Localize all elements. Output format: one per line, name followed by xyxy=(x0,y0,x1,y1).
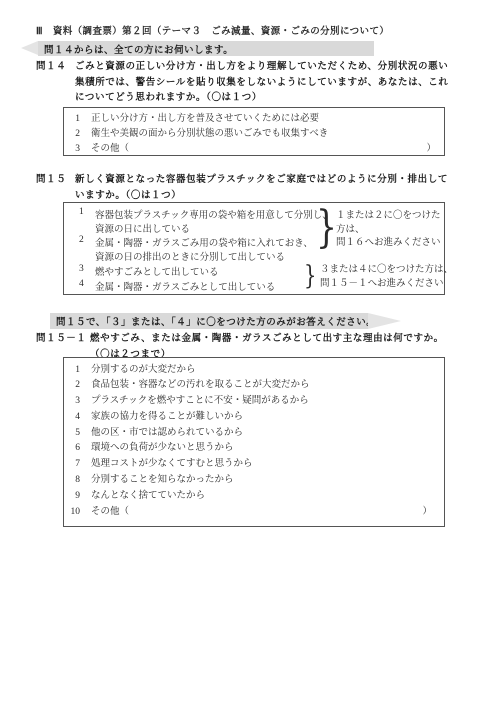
q15-option-box: 1 容器包装プラスチック専用の袋や箱を用意して分別し、 資源の日に出している 2… xyxy=(63,202,445,295)
routing-note-2-line1: ３または４に〇をつけた方は、 xyxy=(320,264,453,278)
option-text: その他（ xyxy=(91,505,129,521)
q15-option-3: 燃やすごみとして出している xyxy=(95,264,219,278)
question-q15: 問１５ 新しく資源となった容器包装プラスチックをご家庭ではどのように分別・排出し… xyxy=(36,172,448,203)
option-text: その他（ xyxy=(91,142,129,157)
q15-1-option-2: 2 食品包装・容器などの汚れを取ることが大変だから xyxy=(64,378,444,394)
option-number: 4 xyxy=(79,279,84,289)
option-text: 正しい分け方・出し方を普及させていくためには必要 xyxy=(91,112,319,127)
q14-option-3-other: 3 その他（ ） xyxy=(64,142,444,157)
option-number: 3 xyxy=(64,142,80,157)
routing-note-1-line2: 方は、 xyxy=(336,224,441,238)
option-number: 9 xyxy=(64,489,80,505)
option-text: なんとなく捨てていたから xyxy=(91,489,205,505)
option-number: 2 xyxy=(79,235,84,245)
option-text: 食品包装・容器などの汚れを取ることが大変だから xyxy=(91,378,310,394)
other-close-paren: ） xyxy=(422,505,444,521)
q14-option-box: 1 正しい分け方・出し方を普及させていくためには必要 2 衛生や美観の面から分別… xyxy=(63,107,445,156)
curly-brace-icon: } xyxy=(316,206,337,250)
routing-note-2-line2: 問１５－１へお進みください xyxy=(320,278,453,292)
question-q14-text2: 集積所では、警告シールを貼り収集をしないようにしていますが、あなたは、これ xyxy=(36,75,449,91)
q15-1-option-6: 6 環境への負荷が少ないと思うから xyxy=(64,441,444,457)
option-number: 2 xyxy=(64,127,80,142)
option-number: 2 xyxy=(64,378,80,394)
q14-option-2: 2 衛生や美観の面から分別状態の悪いごみでも収集すべき xyxy=(64,127,444,142)
option-number: 5 xyxy=(64,426,80,442)
section-title: Ⅲ 資料（調査票）第２回（テーマ３ ごみ減量、資源・ごみの分別について） xyxy=(36,23,389,37)
question-q15-text1: 新しく資源となった容器包装プラスチックをご家庭ではどのように分別・排出して xyxy=(75,172,448,188)
question-q15-1-number: 問１５－１ xyxy=(36,331,90,347)
q15-option-1-line2: 資源の日に出している xyxy=(95,221,190,235)
option-number: 3 xyxy=(64,394,80,410)
q14-option-1: 1 正しい分け方・出し方を普及させていくためには必要 xyxy=(64,112,444,127)
question-q14-number: 問１４ xyxy=(36,59,75,75)
option-number: 6 xyxy=(64,441,80,457)
q15-option-4: 金属・陶器・ガラスごみとして出している xyxy=(95,279,275,293)
option-number: 1 xyxy=(79,207,84,217)
q15-1-option-8: 8 分別することを知らなかったから xyxy=(64,473,444,489)
instruction-banner-q15-1: 問１５で、「３」または、「４」に〇をつけた方のみがお答えください。 xyxy=(50,313,401,329)
option-number: 1 xyxy=(64,363,80,379)
q15-1-option-7: 7 処理コストが少なくてすむと思うから xyxy=(64,457,444,473)
curly-brace-icon: } xyxy=(304,263,316,289)
instruction-banner-q14-text: 問１４からは、全ての方にお伺いします。 xyxy=(38,41,374,56)
questionnaire-page: Ⅲ 資料（調査票）第２回（テーマ３ ごみ減量、資源・ごみの分別について） 問１４… xyxy=(0,0,496,702)
routing-note-1: １または２に〇をつけた 方は、 問１６へお進みください xyxy=(336,210,441,251)
q15-1-option-9: 9 なんとなく捨てていたから xyxy=(64,489,444,505)
option-number: 10 xyxy=(64,505,80,521)
q15-1-option-10-other: 10 その他（ ） xyxy=(64,505,444,521)
q15-option-2-line1: 金属・陶器・ガラスごみ用の袋や箱に入れておき、 xyxy=(95,235,313,249)
q15-1-option-3: 3 プラスチックを燃やすことに不安・疑問があるから xyxy=(64,394,444,410)
q15-1-option-5: 5 他の区・市では認められているから xyxy=(64,426,444,442)
option-text: 処理コストが少なくてすむと思うから xyxy=(91,457,253,473)
question-q14: 問１４ ごみと資源の正しい分け方・出し方をより理解していただくため、分別状況の悪… xyxy=(36,59,449,106)
other-close-paren: ） xyxy=(426,142,444,157)
arrow-right-icon xyxy=(368,313,401,329)
question-q15-line1: 問１５ 新しく資源となった容器包装プラスチックをご家庭ではどのように分別・排出し… xyxy=(36,172,448,188)
option-text: 家族の協力を得ることが難しいから xyxy=(91,410,243,426)
q15-1-option-1: 1 分別するのが大変だから xyxy=(64,363,444,379)
routing-note-2: ３または４に〇をつけた方は、 問１５－１へお進みください xyxy=(320,264,453,291)
option-text: 分別するのが大変だから xyxy=(91,363,196,379)
option-number: 8 xyxy=(64,473,80,489)
instruction-banner-q14: 問１４からは、全ての方にお伺いします。 xyxy=(21,41,374,56)
q15-1-option-4: 4 家族の協力を得ることが難しいから xyxy=(64,410,444,426)
option-text: 他の区・市では認められているから xyxy=(91,426,243,442)
option-text: 衛生や美観の面から分別状態の悪いごみでも収集すべき xyxy=(91,127,328,142)
arrow-left-icon xyxy=(21,41,38,55)
instruction-banner-q15-1-text: 問１５で、「３」または、「４」に〇をつけた方のみがお答えください。 xyxy=(50,313,368,329)
routing-note-1-line3: 問１６へお進みください xyxy=(336,237,441,251)
question-q15-number: 問１５ xyxy=(36,172,75,188)
question-q15-text2: いますか。（〇は１つ） xyxy=(36,188,448,204)
q15-option-1-line1: 容器包装プラスチック専用の袋や箱を用意して分別し、 xyxy=(95,207,332,221)
q15-1-option-box: 1 分別するのが大変だから 2 食品包装・容器などの汚れを取ることが大変だから … xyxy=(63,357,445,527)
option-number: 3 xyxy=(79,264,84,274)
option-number: 4 xyxy=(64,410,80,426)
routing-note-1-line1: １または２に〇をつけた xyxy=(336,210,441,224)
question-q14-text1: ごみと資源の正しい分け方・出し方をより理解していただくため、分別状況の悪い xyxy=(75,59,448,75)
question-q15-1-line1: 問１５－１ 燃やすごみ、または金属・陶器・ガラスごみとして出す主な理由は何ですか… xyxy=(36,331,444,347)
option-text: 分別することを知らなかったから xyxy=(91,473,234,489)
option-number: 1 xyxy=(64,112,80,127)
option-number: 7 xyxy=(64,457,80,473)
q15-option-2-line2: 資源の日の排出のときに分別して出している xyxy=(95,249,285,263)
question-q15-1-text1: 燃やすごみ、または金属・陶器・ガラスごみとして出す主な理由は何ですか。 xyxy=(90,331,444,347)
option-text: 環境への負荷が少ないと思うから xyxy=(91,441,234,457)
option-text: プラスチックを燃やすことに不安・疑問があるから xyxy=(91,394,309,410)
question-q14-line1: 問１４ ごみと資源の正しい分け方・出し方をより理解していただくため、分別状況の悪… xyxy=(36,59,449,75)
question-q14-text3: についてどう思われますか。（〇は１つ） xyxy=(36,90,449,106)
